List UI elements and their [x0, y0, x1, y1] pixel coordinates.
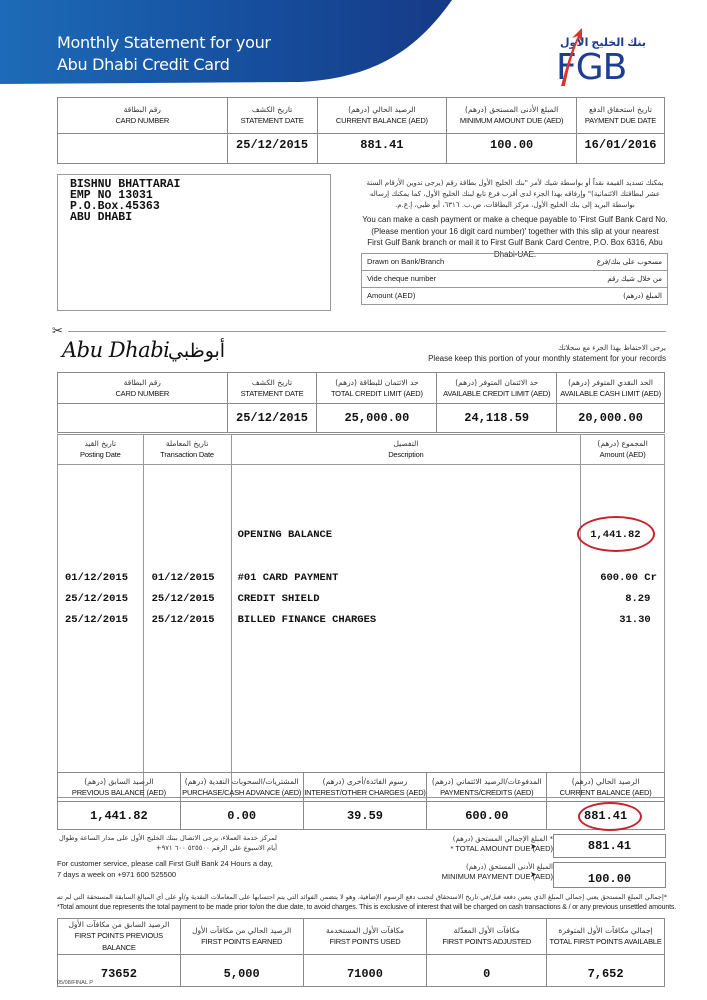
total-credit-limit-value: 25,000.00 [317, 404, 437, 433]
summary-current-balance-header: الرصيد الحالي (درهم)CURRENT BALANCE (AED… [547, 773, 665, 802]
limits-card-number-value [58, 404, 228, 433]
keep-records-arabic: يرجى الاحتفاظ بهذا الجزء مع سجلاتك [558, 344, 666, 352]
points-adjusted-header: مكافآت الأول المعدّلةFIRST POINTS ADJUST… [427, 919, 547, 955]
total-points-available-header: إجمالي مكافآت الأول المتوفرةTOTAL FIRST … [547, 919, 665, 955]
posting-date-2: 25/12/2015 [65, 593, 143, 605]
footnote-arabic: *إجمالي المبلغ المستحق يعني إجمالي المبل… [57, 893, 667, 901]
abu-dhabi-card-logo-arabic: أبوظبي [168, 340, 225, 362]
opening-balance-label: OPENING BALANCE [238, 529, 581, 541]
previous-balance-header: الرصيد السابق (درهم)PREVIOUS BALANCE (AE… [58, 773, 181, 802]
description-2: CREDIT SHIELD [238, 593, 581, 605]
cheque-row-amount: Amount (AED) المبلغ (درهم) [362, 288, 668, 305]
total-amount-due-value: 881.41 [553, 834, 666, 858]
statement-summary-table: رقم البطاقةCARD NUMBER تاريخ الكشفSTATEM… [57, 97, 665, 164]
limits-statement-date-header: تاريخ الكشفSTATEMENT DATE [227, 373, 317, 404]
points-earned-value: 5,000 [180, 955, 303, 987]
statement-header: Monthly Statement for your Abu Dhabi Cre… [0, 0, 707, 92]
total-credit-limit-header: حد الائتمان للبطاقة (درهم)TOTAL CREDIT L… [317, 373, 437, 404]
posting-date-column: 01/12/2015 25/12/2015 25/12/2015 [58, 465, 144, 798]
minimum-due-header: المبلغ الأدنى المستحق (درهم)MINIMUM AMOU… [447, 98, 577, 134]
amount-3: 31.30 [619, 614, 664, 626]
description-1: #01 CARD PAYMENT [238, 572, 581, 584]
cheque-slip-table: Drawn on Bank/Branch مسحوب على بنك/فرع V… [361, 253, 668, 305]
description-column: OPENING BALANCE #01 CARD PAYMENT CREDIT … [231, 465, 581, 798]
mailing-address: BISHNU BHATTARAI EMP NO 13031 P.O.Box.45… [57, 174, 331, 311]
cheque-row-drawn-on: Drawn on Bank/Branch مسحوب على بنك/فرع [362, 254, 668, 271]
pointer-arrow-icon: ➤ [530, 842, 537, 851]
pointer-arrow-icon: ➤ [530, 870, 537, 879]
interest-charges-value: 39.59 [303, 802, 427, 830]
limits-card-number-header: رقم البطاقةCARD NUMBER [58, 373, 228, 404]
points-adjusted-value: 0 [427, 955, 547, 987]
available-credit-limit-header: حد الائتمان المتوفر (درهم)AVAILABLE CRED… [437, 373, 557, 404]
transaction-date-header: تاريخ المعاملةTransaction Date [143, 435, 231, 465]
posting-date-header: تاريخ القيدPosting Date [58, 435, 144, 465]
card-number-value [58, 134, 228, 164]
minimum-payment-due-value: 100.00 [553, 862, 666, 888]
scissors-icon: ✂ [52, 323, 63, 339]
current-balance-highlight [578, 802, 642, 831]
limits-statement-date-value: 25/12/2015 [227, 404, 317, 433]
previous-balance-value: 1,441.82 [58, 802, 181, 830]
transactions-table: تاريخ القيدPosting Date تاريخ المعاملةTr… [57, 434, 665, 798]
amount-1: 600.00 Cr [600, 572, 664, 584]
statement-date-value: 25/12/2015 [227, 134, 317, 164]
interest-charges-header: رسوم الفائدة/أخرى (درهم)INTEREST/OTHER C… [303, 773, 427, 802]
statement-title: Monthly Statement for your Abu Dhabi Cre… [57, 32, 271, 76]
purchase-cash-advance-header: المشتريات/السحوبات النقدية (درهم)PURCHAS… [180, 773, 303, 802]
payments-credits-value: 600.00 [427, 802, 547, 830]
payments-credits-header: المدفوعات/الرصيد الائتماني (درهم)PAYMENT… [427, 773, 547, 802]
opening-balance-amount: 1,441.82 [590, 529, 664, 541]
description-3: BILLED FINANCE CHARGES [238, 614, 581, 626]
balance-summary-table: الرصيد السابق (درهم)PREVIOUS BALANCE (AE… [57, 772, 665, 830]
purchase-cash-advance-value: 0.00 [180, 802, 303, 830]
transaction-date-column: 01/12/2015 25/12/2015 25/12/2015 [143, 465, 231, 798]
card-number-header: رقم البطاقةCARD NUMBER [58, 98, 228, 134]
abu-dhabi-card-logo: Abu Dhabi [62, 338, 169, 362]
cut-line [68, 331, 666, 332]
minimum-due-value: 100.00 [447, 134, 577, 164]
customer-service-english: For customer service, please call First … [57, 859, 287, 880]
amount-column: 1,441.82 600.00 Cr 8.29 31.30 [581, 465, 665, 798]
points-previous-balance-header: الرصيد السابق من مكافآت الأولFIRST POINT… [58, 919, 181, 955]
first-points-table: الرصيد السابق من مكافآت الأولFIRST POINT… [57, 918, 665, 987]
keep-records-english: Please keep this portion of your monthly… [428, 354, 666, 363]
posting-date-1: 01/12/2015 [65, 572, 143, 584]
payment-instructions-arabic: يمكنك تسديد القيمة نقداً أو بواسطة شيك ل… [365, 178, 665, 211]
available-credit-limit-value: 24,118.59 [437, 404, 557, 433]
available-cash-limit-header: الحد النقدي المتوفر (درهم)AVAILABLE CASH… [557, 373, 665, 404]
points-used-header: مكافآت الأول المستخدمةFIRST POINTS USED [303, 919, 427, 955]
total-points-available-value: 7,652 [547, 955, 665, 987]
cheque-row-number: Vide cheque number من خلال شيك رقم [362, 271, 668, 288]
amount-header: المجموع (درهم)Amount (AED) [581, 435, 665, 465]
payment-due-date-header: تاريخ استحقاق الدفعPAYMENT DUE DATE [577, 98, 665, 134]
fgb-logo: بنك الخليج الاول FGB [556, 28, 666, 88]
payment-due-date-value: 16/01/2016 [577, 134, 665, 164]
points-used-value: 71000 [303, 955, 427, 987]
transaction-date-2: 25/12/2015 [152, 593, 231, 605]
amount-2: 8.29 [625, 593, 664, 605]
transaction-date-1: 01/12/2015 [152, 572, 231, 584]
posting-date-3: 25/12/2015 [65, 614, 143, 626]
credit-limits-table: رقم البطاقةCARD NUMBER تاريخ الكشفSTATEM… [57, 372, 665, 433]
description-header: التفصيلDescription [231, 435, 581, 465]
total-amount-due-label: * المبلغ الإجمالي المستحق (درهم) * TOTAL… [450, 834, 553, 854]
footnote-english: *Total amount due represents the total p… [57, 904, 677, 911]
statement-date-header: تاريخ الكشفSTATEMENT DATE [227, 98, 317, 134]
form-code: 05/08/FINAL P [57, 980, 93, 986]
current-balance-header: الرصيد الحالي (درهم)CURRENT BALANCE (AED… [317, 98, 447, 134]
customer-service-arabic: لمركز خدمة العملاء، يرجى الاتصال ببنك ال… [57, 833, 277, 853]
address-city: ABU DHABI [70, 212, 318, 223]
current-balance-value: 881.41 [317, 134, 447, 164]
points-earned-header: الرصيد الحالي من مكافآت الأولFIRST POINT… [180, 919, 303, 955]
transaction-date-3: 25/12/2015 [152, 614, 231, 626]
red-arrow-icon [556, 28, 586, 90]
available-cash-limit-value: 20,000.00 [557, 404, 665, 433]
